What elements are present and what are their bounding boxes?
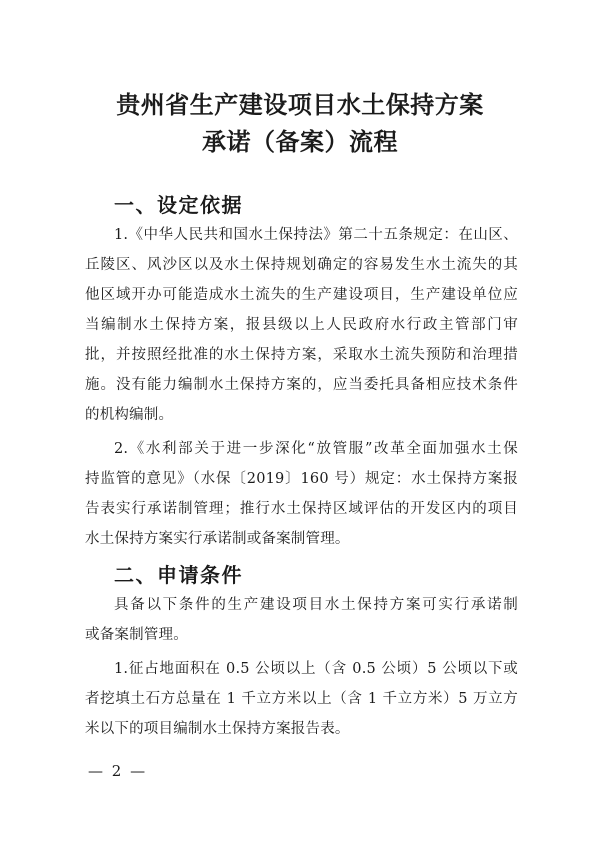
document-title: 贵州省生产建设项目水土保持方案 承诺（备案）流程 xyxy=(60,86,540,160)
body-line: 或备案制管理。 xyxy=(85,620,518,650)
paragraph-ministry-opinion: 2.《水利部关于进一步深化“放管服”改革全面加强水土保持监管的意见》（水保〔20… xyxy=(85,434,518,554)
body-line: 丘陵区、风沙区以及水土保持规划确定的容易发生水土流失的其 xyxy=(85,250,518,280)
body-line: 2.《水利部关于进一步深化“放管服”改革全面加强水土保 xyxy=(85,434,518,464)
paragraph-condition-1: 1.征占地面积在 0.5 公顷以上（含 0.5 公顷）5 公顷以下或者挖填土石方… xyxy=(85,654,518,744)
document-body: 一、设定依据 1.《中华人民共和国水土保持法》第二十五条规定：在山区、丘陵区、风… xyxy=(85,192,518,780)
section-heading-setting-basis: 一、设定依据 xyxy=(85,192,518,220)
body-line: 者挖填土石方总量在 1 千立方米以上（含 1 千立方米）5 万立方 xyxy=(85,684,518,714)
body-line: 当编制水土保持方案，报县级以上人民政府水行政主管部门审 xyxy=(85,310,518,340)
document-title-line2: 承诺（备案）流程 xyxy=(60,123,540,160)
body-line: 米以下的项目编制水土保持方案报告表。 xyxy=(85,714,518,744)
section-heading-application-conditions: 二、申请条件 xyxy=(85,562,518,590)
paragraph-conditions-intro: 具备以下条件的生产建设项目水土保持方案可实行承诺制或备案制管理。 xyxy=(85,590,518,650)
document-title-line1: 贵州省生产建设项目水土保持方案 xyxy=(60,86,540,123)
document-page: 贵州省生产建设项目水土保持方案 承诺（备案）流程 一、设定依据 1.《中华人民共… xyxy=(0,0,600,848)
page-number: — 2 — xyxy=(85,762,518,780)
body-line: 施。没有能力编制水土保持方案的，应当委托具备相应技术条件 xyxy=(85,370,518,400)
body-line: 持监管的意见》（水保〔2019〕160 号）规定：水土保持方案报 xyxy=(85,464,518,494)
body-line: 水土保持方案实行承诺制或备案制管理。 xyxy=(85,524,518,554)
body-line: 具备以下条件的生产建设项目水土保持方案可实行承诺制 xyxy=(85,590,518,620)
body-line: 批，并按照经批准的水土保持方案，采取水土流失预防和治理措 xyxy=(85,340,518,370)
body-line: 1.《中华人民共和国水土保持法》第二十五条规定：在山区、 xyxy=(85,220,518,250)
body-line: 他区域开办可能造成水土流失的生产建设项目，生产建设单位应 xyxy=(85,280,518,310)
body-line: 的机构编制。 xyxy=(85,400,518,430)
paragraph-law-reference: 1.《中华人民共和国水土保持法》第二十五条规定：在山区、丘陵区、风沙区以及水土保… xyxy=(85,220,518,430)
body-line: 告表实行承诺制管理；推行水土保持区域评估的开发区内的项目 xyxy=(85,494,518,524)
body-line: 1.征占地面积在 0.5 公顷以上（含 0.5 公顷）5 公顷以下或 xyxy=(85,654,518,684)
